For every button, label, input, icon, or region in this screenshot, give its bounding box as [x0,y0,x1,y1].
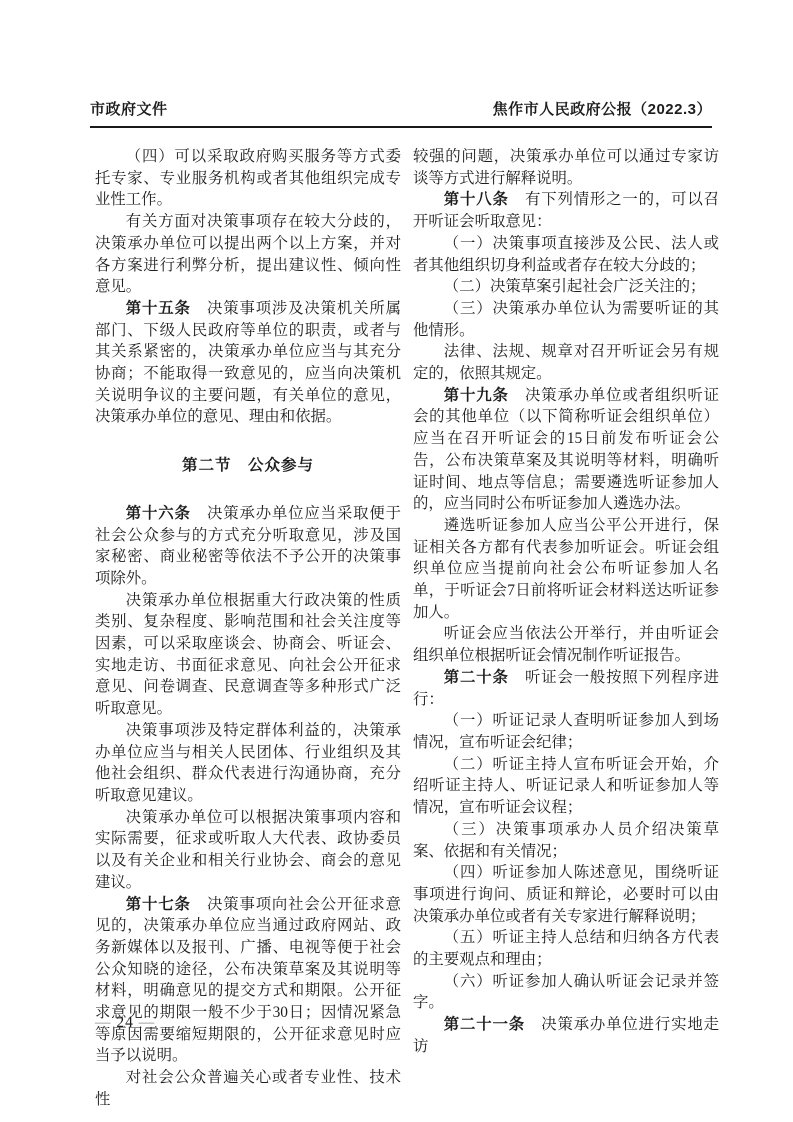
page-number: — 24 — [95,1012,155,1034]
article-number: 第十五条 [126,300,191,317]
page-number-dash-left: — [95,1014,112,1031]
article-number: 第十六条 [126,505,191,522]
paragraph-article-21: 第二十一条 决策承办单位进行实地走访 [413,1014,719,1057]
list-item: （一）决策事项直接涉及公民、法人或者其他组织切身利益或者存在较大分歧的； [413,233,719,276]
list-item: （三）决策事项承办人员介绍决策草案、依据和有关情况； [413,819,719,862]
paragraph-article-19: 第十九条 决策承办单位或者组织听证会的其他单位（以下简称听证会组织单位）应当在召… [413,385,719,515]
paragraph: 法律、法规、规章对召开听证会另有规定的，依照其规定。 [413,341,719,384]
paragraph: 有关方面对决策事项存在较大分歧的，决策承办单位可以提出两个以上方案，并对各方案进… [95,211,401,298]
paragraph-text: （二）听证主持人宣布听证会开始，介绍听证主持人、听证记录人和听证参加人等情况，宣… [413,756,719,816]
paragraph-text: （三）决策事项承办人员介绍决策草案、依据和有关情况； [413,821,719,860]
paragraph: 决策承办单位可以根据决策事项内容和实际需要，征求或听取人大代表、政协委员以及有关… [95,807,401,894]
list-item: （四）听证参加人陈述意见，围绕听证事项进行询问、质证和辩论，必要时可以由决策承办… [413,862,719,927]
paragraph: 听证会应当依法公开举行，并由听证会组织单位根据听证会情况制作听证报告。 [413,623,719,666]
paragraph-text: （一）决策事项直接涉及公民、法人或者其他组织切身利益或者存在较大分歧的； [413,235,719,274]
article-number: 第二十一条 [444,1016,525,1033]
paragraph-article-15: 第十五条 决策事项涉及决策机关所属部门、下级人民政府等单位的职责，或者与其关系紧… [95,298,401,428]
paragraph-text: （五）听证主持人总结和归纳各方代表的主要观点和理由； [413,929,719,968]
page-number-dash-right: — [139,1014,156,1031]
paragraph-text: 遴选听证参加人应当公平公开进行，保证相关各方都有代表参加听证会。听证会组织单位应… [413,517,719,621]
article-number: 第二十条 [444,669,509,686]
paragraph: （四）可以采取政府购买服务等方式委托专家、专业服务机构或者其他组织完成专业性工作… [95,146,401,211]
list-item: （三）决策承办单位认为需要听证的其他情形。 [413,298,719,341]
paragraph-text: 决策承办单位可以根据决策事项内容和实际需要，征求或听取人大代表、政协委员以及有关… [95,809,401,891]
paragraph-text: （一）听证记录人查明听证参加人到场情况，宣布听证会纪律； [413,712,719,751]
paragraph-text: 对社会公众普遍关心或者专业性、技术性 [95,1069,401,1108]
paragraph-text: 决策承办单位根据重大行政决策的性质类别、复杂程度、影响范围和社会关注度等因素，可… [95,592,401,718]
paragraph-article-16: 第十六条 决策承办单位应当采取便于社会公众参与的方式充分听取意见，涉及国家秘密、… [95,503,401,590]
paragraph-text: 决策承办单位或者组织听证会的其他单位（以下简称听证会组织单位）应当在召开听证会的… [413,387,719,513]
paragraph: 遴选听证参加人应当公平公开进行，保证相关各方都有代表参加听证会。听证会组织单位应… [413,515,719,624]
paragraph-article-17: 第十七条 决策事项向社会公开征求意见的，决策承办单位应当通过政府网站、政务新媒体… [95,894,401,1068]
left-column: （四）可以采取政府购买服务等方式委托专家、专业服务机构或者其他组织完成专业性工作… [95,146,401,1111]
gazette-title: 焦作市人民政府公报（2022.3） [493,98,712,119]
paragraph: 决策承办单位根据重大行政决策的性质类别、复杂程度、影响范围和社会关注度等因素，可… [95,590,401,720]
paragraph-text: （二）决策草案引起社会广泛关注的； [444,278,706,295]
paragraph-text: （三）决策承办单位认为需要听证的其他情形。 [413,300,719,339]
paragraph-text: 决策事项涉及决策机关所属部门、下级人民政府等单位的职责，或者与其关系紧密的，决策… [95,300,401,426]
article-number: 第十九条 [444,387,509,404]
paragraph-text: 决策事项涉及特定群体利益的，决策承办单位应当与相关人民团体、行业组织及其他社会组… [95,722,401,804]
section-heading: 第二节 公众参与 [95,455,401,477]
paragraph-text: 有关方面对决策事项存在较大分歧的，决策承办单位可以提出两个以上方案，并对各方案进… [95,213,401,295]
list-item: （二）听证主持人宣布听证会开始，介绍听证主持人、听证记录人和听证参加人等情况，宣… [413,754,719,819]
list-item: （六）听证参加人确认听证会记录并签字。 [413,971,719,1014]
paragraph-text: （六）听证参加人确认听证会记录并签字。 [413,973,719,1012]
list-item: （五）听证主持人总结和归纳各方代表的主要观点和理由； [413,927,719,970]
paragraph-text: 法律、法规、规章对召开听证会另有规定的，依照其规定。 [413,343,719,382]
paragraph-text: （四）听证参加人陈述意见，围绕听证事项进行询问、质证和辩论，必要时可以由决策承办… [413,864,719,924]
paragraph: 对社会公众普遍关心或者专业性、技术性 [95,1067,401,1110]
page-number-value: 24 [116,1014,134,1031]
right-column: 较强的问题，决策承办单位可以通过专家访谈等方式进行解释说明。 第十八条 有下列情… [413,146,719,1058]
paragraph-article-20: 第二十条 听证会一般按照下列程序进行： [413,667,719,710]
article-number: 第十八条 [444,191,509,208]
paragraph-text: 较强的问题，决策承办单位可以通过专家访谈等方式进行解释说明。 [413,148,719,187]
list-item: （一）听证记录人查明听证参加人到场情况，宣布听证会纪律； [413,710,719,753]
paragraph-continuation: 较强的问题，决策承办单位可以通过专家访谈等方式进行解释说明。 [413,146,719,189]
gazette-page: 市政府文件 焦作市人民政府公报（2022.3） （四）可以采取政府购买服务等方式… [0,0,793,1122]
paragraph-text: 决策事项向社会公开征求意见的，决策承办单位应当通过政府网站、政务新媒体以及报刊、… [95,896,401,1065]
header-section-label: 市政府文件 [90,98,168,119]
paragraph: 决策事项涉及特定群体利益的，决策承办单位应当与相关人民团体、行业组织及其他社会组… [95,720,401,807]
paragraph-text: 听证会应当依法公开举行，并由听证会组织单位根据听证会情况制作听证报告。 [413,625,719,664]
paragraph-text: （四）可以采取政府购买服务等方式委托专家、专业服务机构或者其他组织完成专业性工作… [95,148,401,208]
article-number: 第十七条 [126,896,191,913]
list-item: （二）决策草案引起社会广泛关注的； [413,276,719,298]
paragraph-article-18: 第十八条 有下列情形之一的，可以召开听证会听取意见： [413,189,719,232]
page-header: 市政府文件 焦作市人民政府公报（2022.3） [90,98,712,128]
